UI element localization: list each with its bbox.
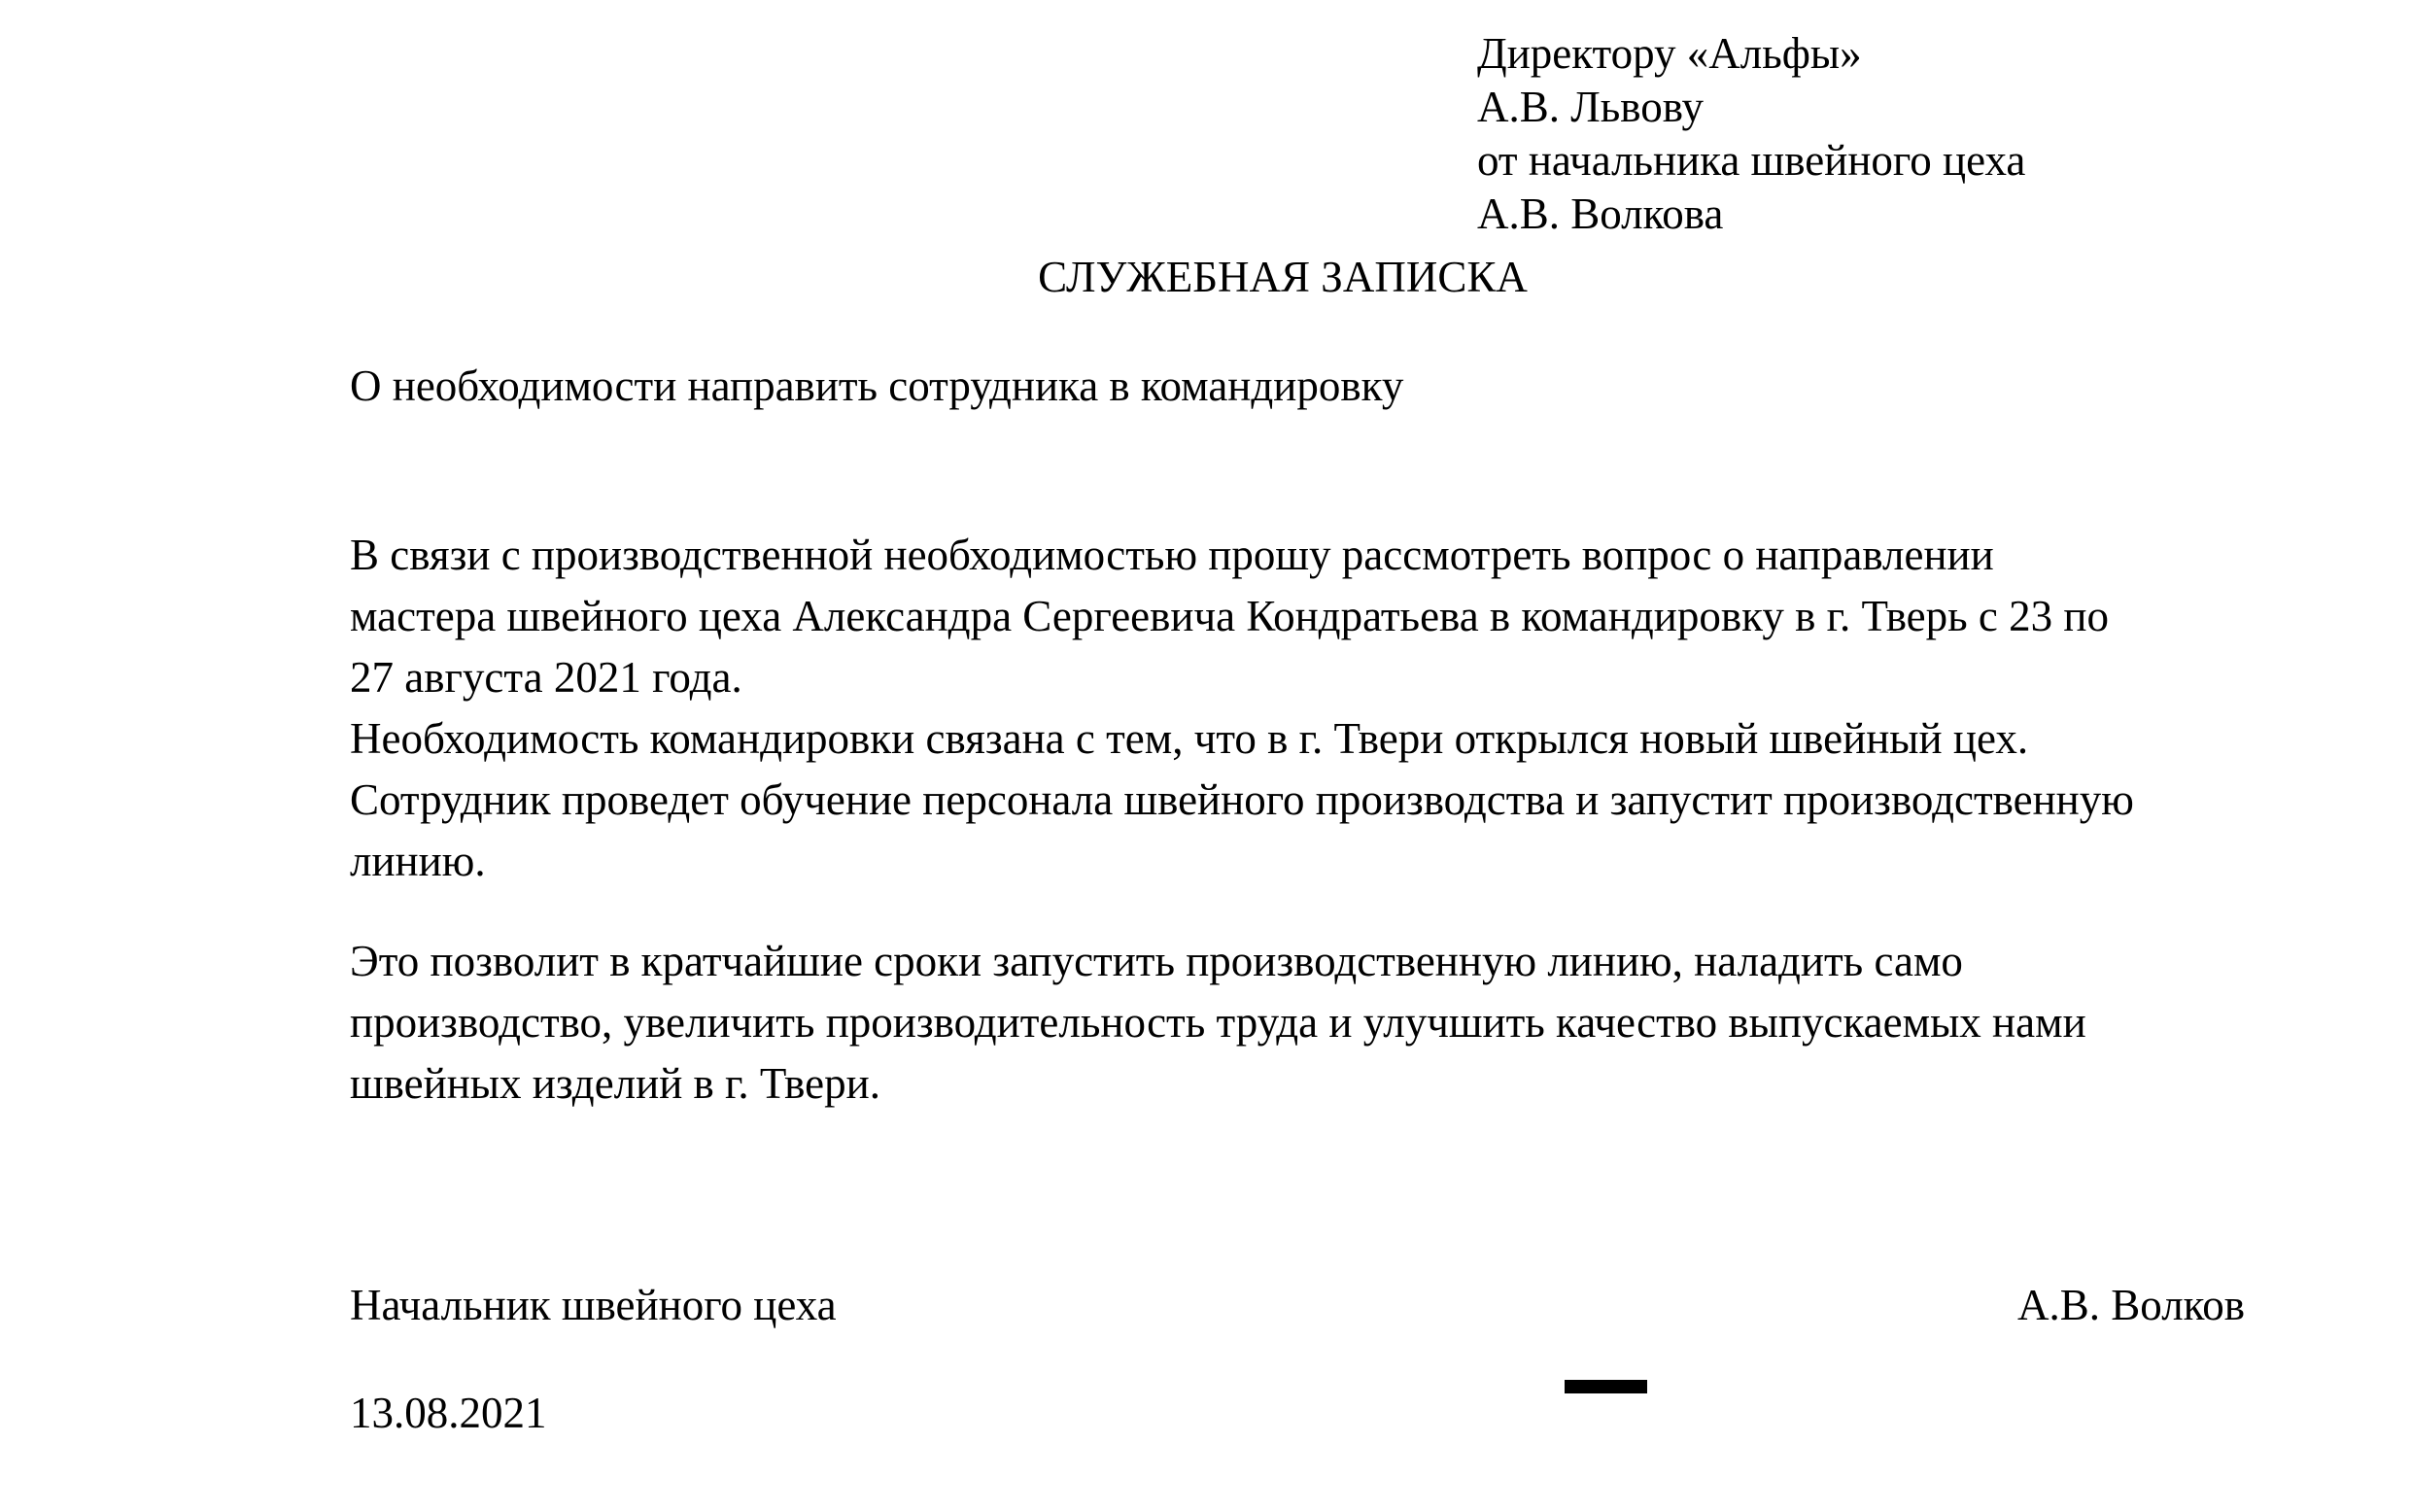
body-line: швейных изделий в г. Твери. [350,1053,2255,1115]
recipient-block: Директору «Альфы» А.В. Львову от начальн… [1477,27,2025,241]
subject-line: О необходимости направить сотрудника в к… [350,361,1403,411]
date-line: 13.08.2021 [350,1383,547,1444]
body-paragraph-2: Это позволит в кратчайшие сроки запустит… [350,931,2255,1115]
document-title: СЛУЖЕБНАЯ ЗАПИСКА [350,252,2216,302]
body-paragraph-1: В связи с производственной необходимость… [350,525,2255,892]
recipient-line: Директору «Альфы» [1477,27,2025,81]
signature-row: Начальник швейного цеха А.В. Волков [350,1275,2245,1336]
body-line: Сотрудник проведет обучение персонала шв… [350,770,2255,831]
body-line: линию. [350,831,2255,892]
recipient-line: от начальника швейного цеха [1477,134,2025,188]
body-line: В связи с производственной необходимость… [350,525,2255,586]
body-line: Это позволит в кратчайшие сроки запустит… [350,931,2255,992]
signature-stroke [1565,1380,1647,1393]
body-line: 27 августа 2021 года. [350,647,2255,708]
signer-position: Начальник швейного цеха [350,1275,837,1336]
recipient-line: А.В. Львову [1477,81,2025,134]
signer-name: А.В. Волков [2017,1275,2245,1336]
body-line: производство, увеличить производительнос… [350,992,2255,1053]
recipient-line: А.В. Волкова [1477,188,2025,241]
body-line: Необходимость командировки связана с тем… [350,708,2255,770]
memo-page: Директору «Альфы» А.В. Львову от начальн… [0,0,2411,1512]
body-line: мастера швейного цеха Александра Сергеев… [350,586,2255,647]
